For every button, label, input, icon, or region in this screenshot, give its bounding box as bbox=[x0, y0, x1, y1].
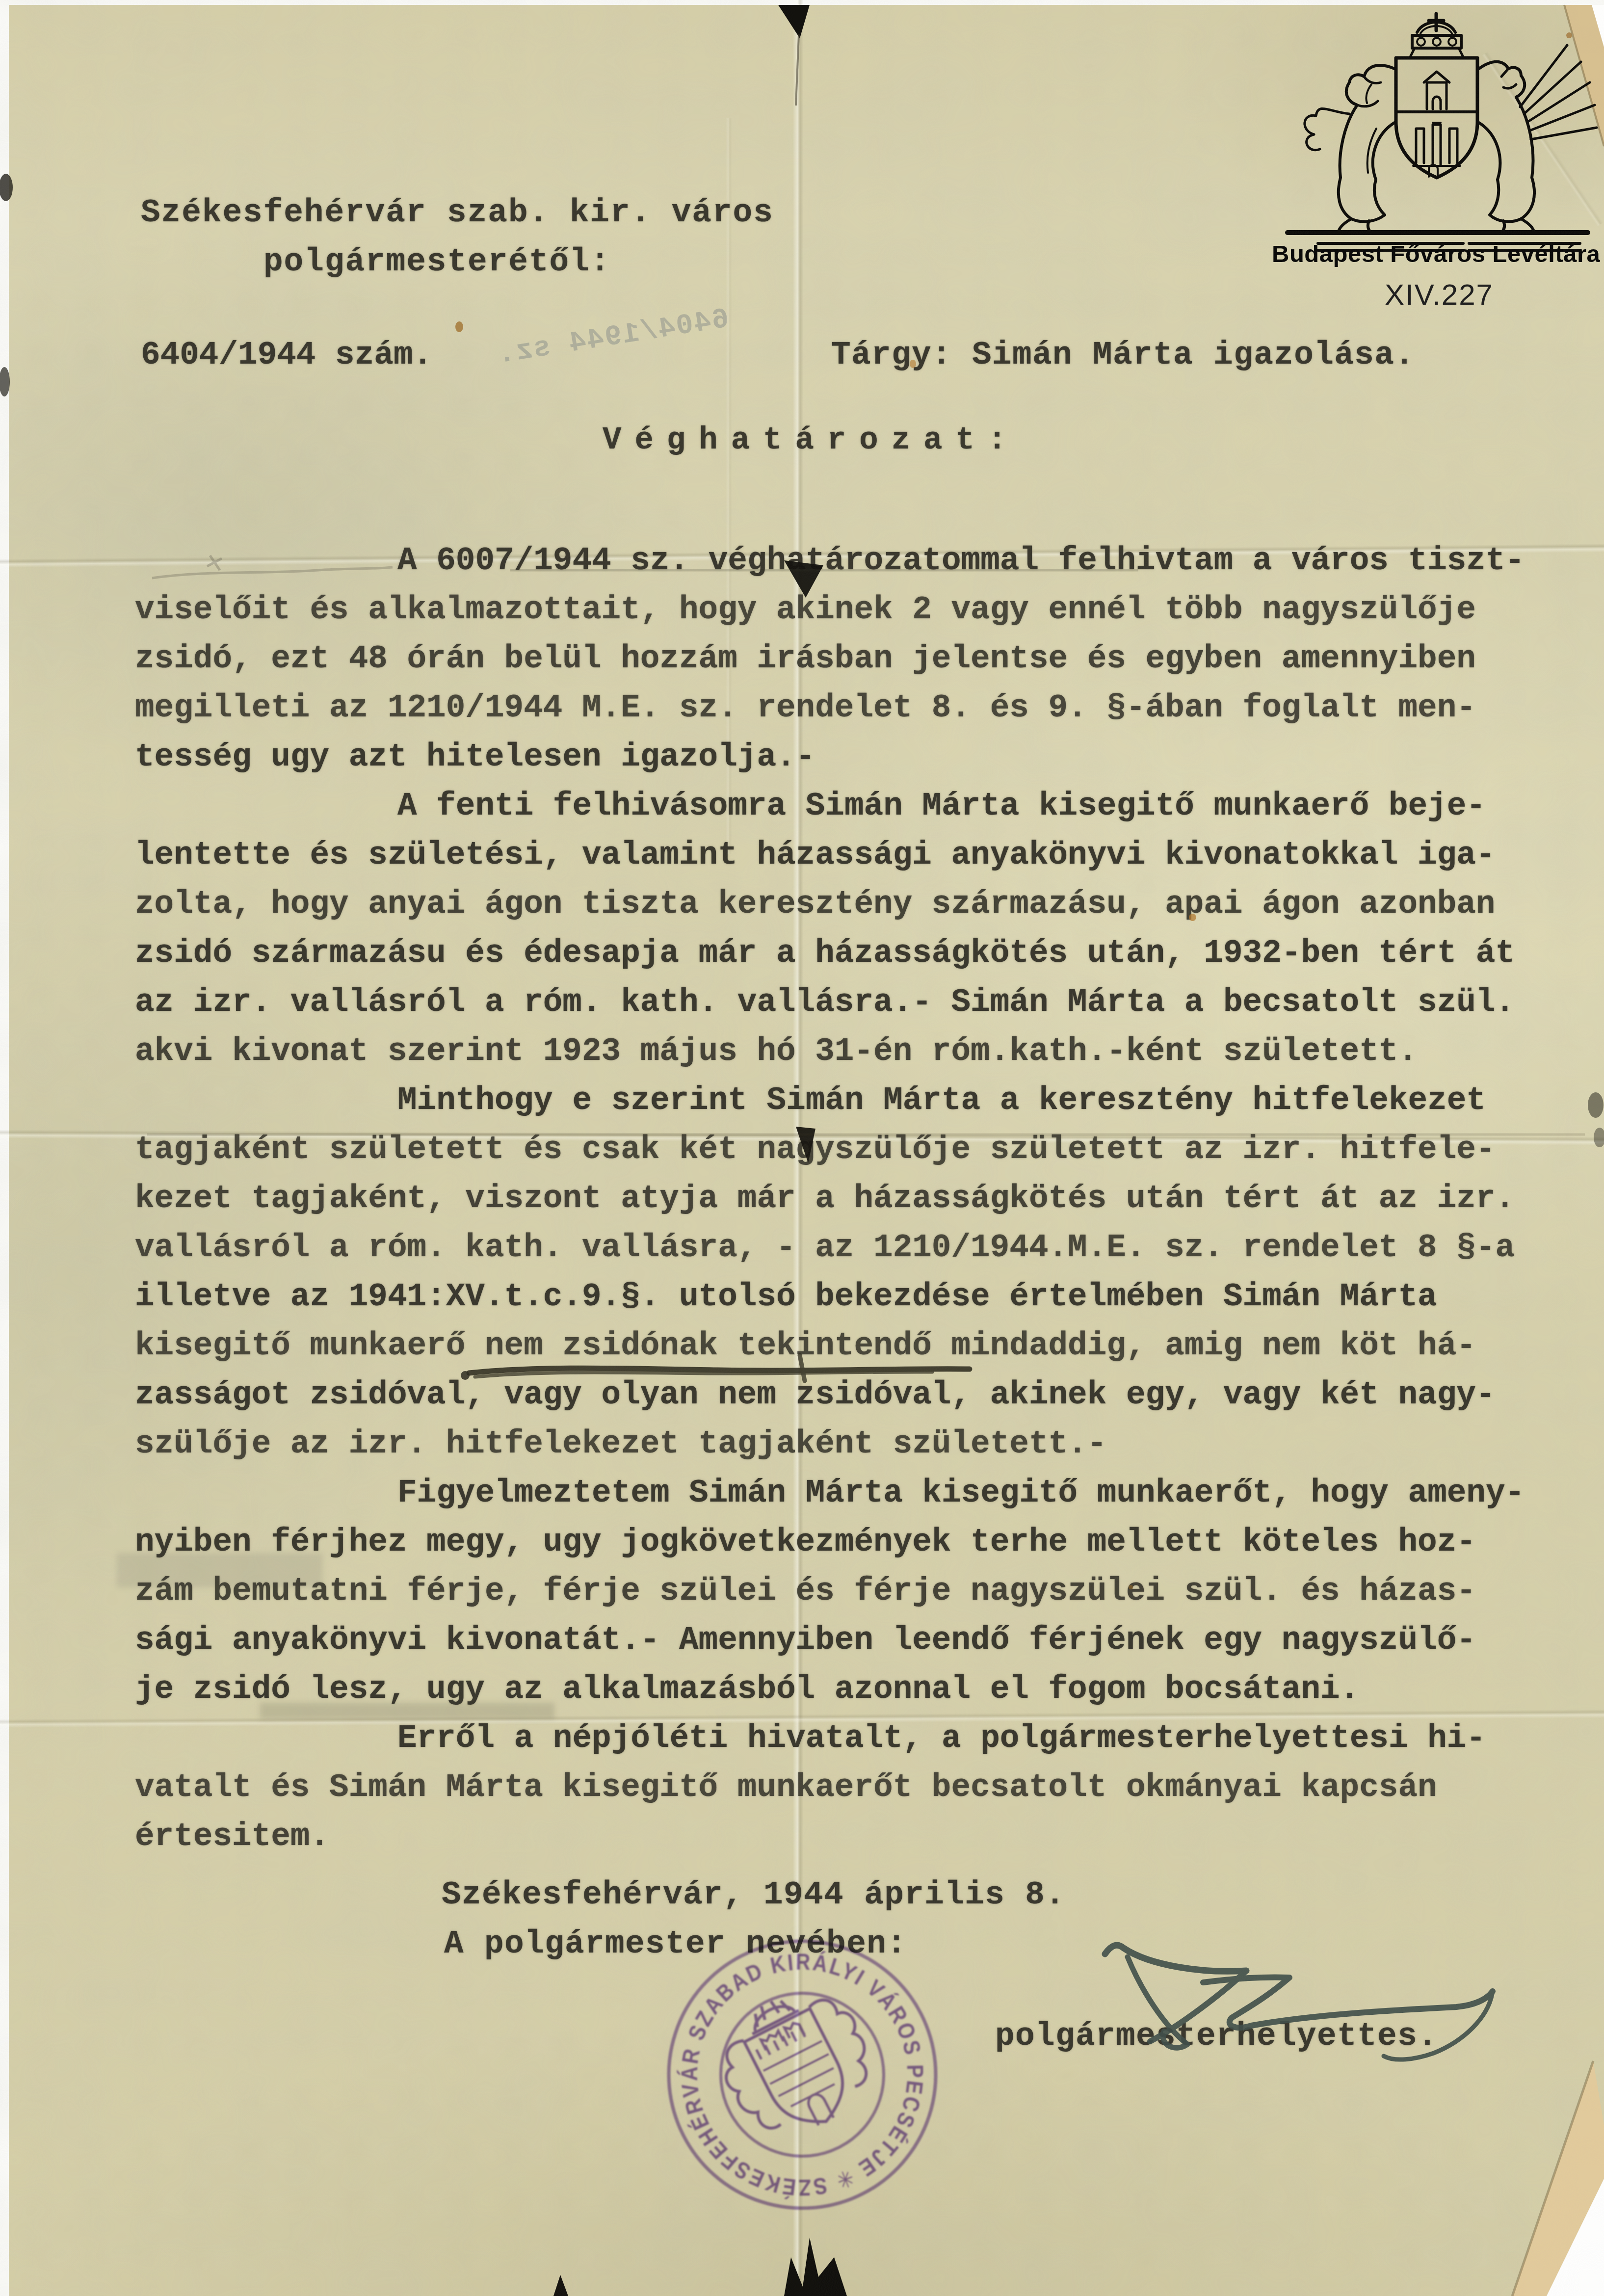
archives-reference-number: XIV.227 bbox=[1385, 278, 1494, 312]
scanned-document-page: Székesfehérvár szab. kir. város polgárme… bbox=[0, 0, 1604, 2296]
archives-name: Budapest Főváros Levéltára bbox=[1272, 240, 1604, 268]
archives-coat-of-arms bbox=[0, 0, 1604, 2296]
